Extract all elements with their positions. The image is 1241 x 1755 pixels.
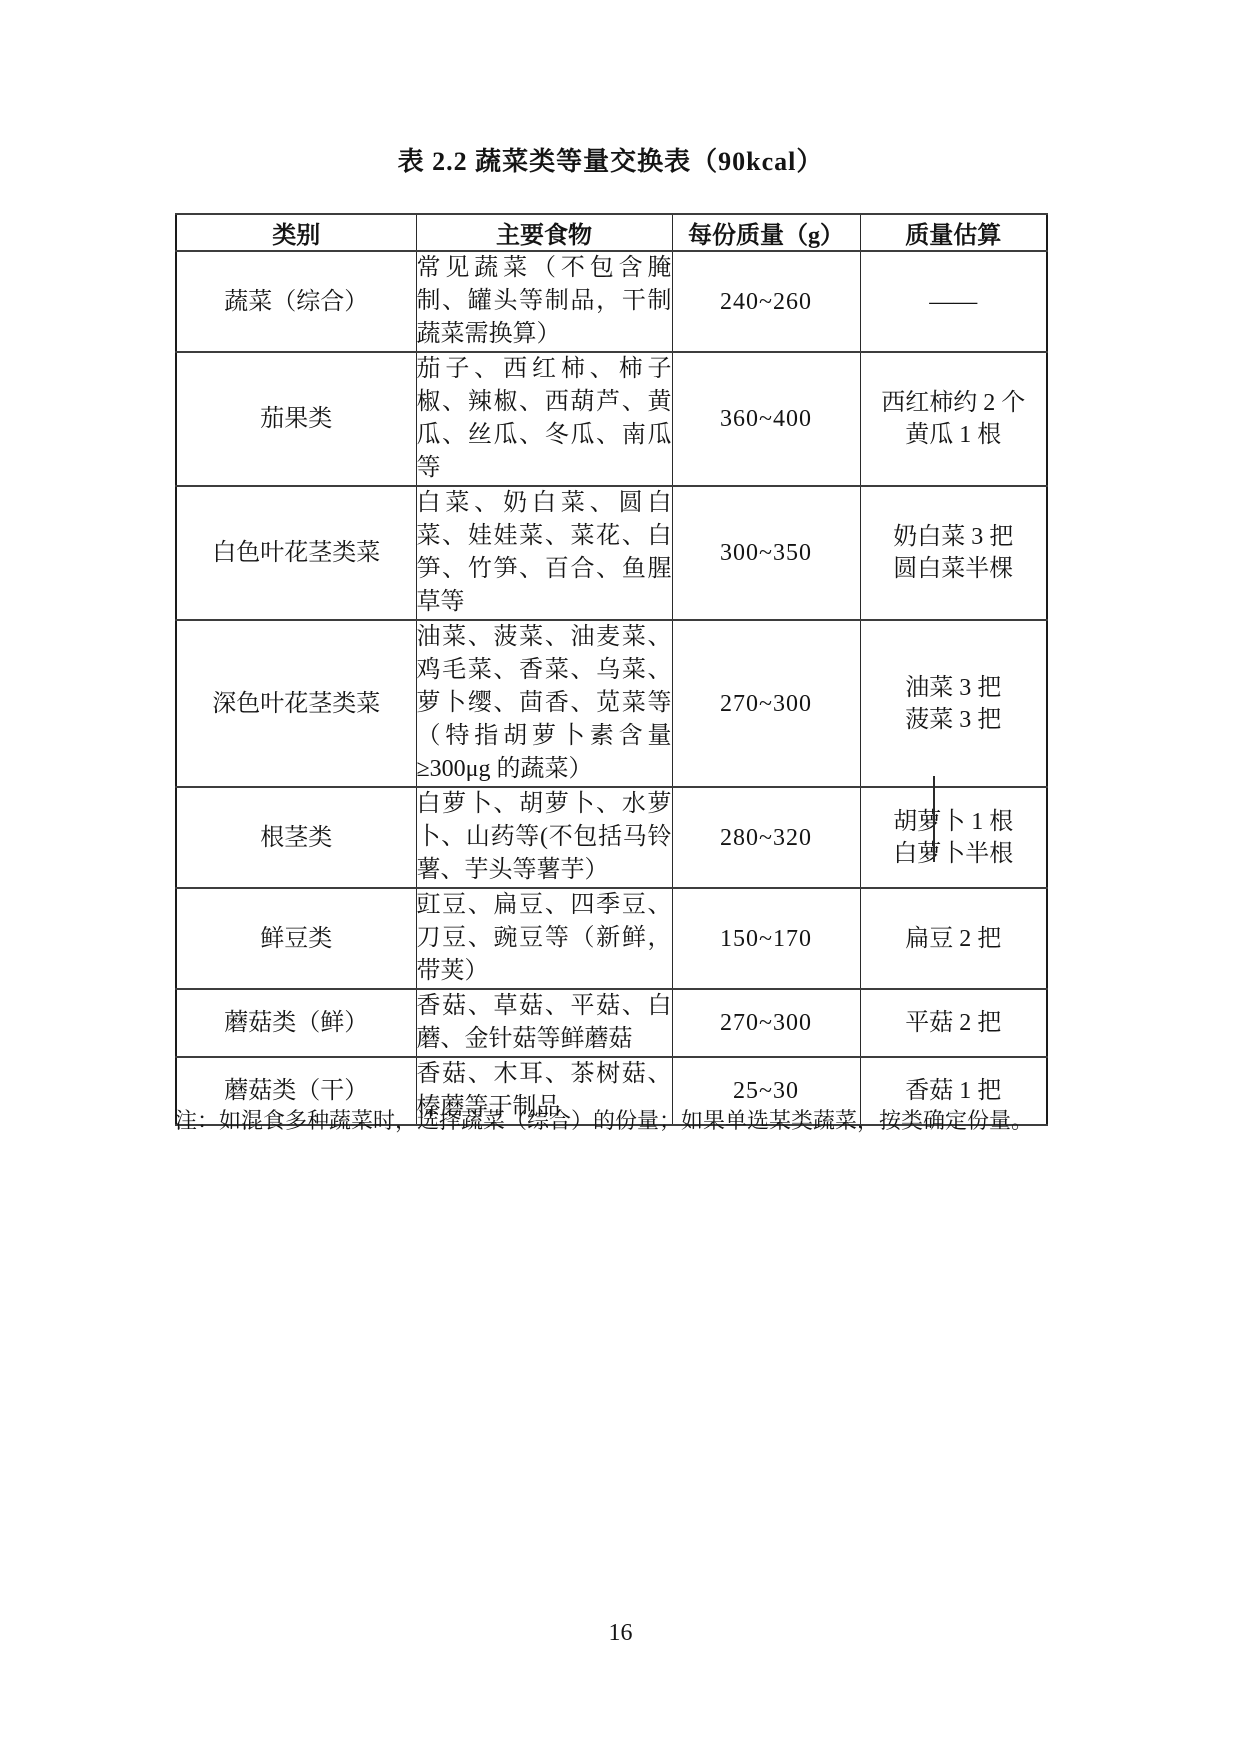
cell-weight: 270~300	[672, 989, 860, 1057]
page-title: 表 2.2 蔬菜类等量交换表（90kcal）	[175, 141, 1046, 178]
cell-foods: 常见蔬菜（不包含腌制、罐头等制品，干制蔬菜需换算）	[416, 251, 672, 352]
cell-estimate: 奶白菜 3 把 圆白菜半棵	[860, 486, 1047, 620]
header-row: 类别 主要食物 每份质量（g） 质量估算	[176, 214, 1047, 251]
cell-estimate: 胡萝卜 1 根 白萝卜半根	[860, 787, 1047, 888]
cell-weight: 300~350	[672, 486, 860, 620]
cell-foods: 白菜、奶白菜、圆白菜、娃娃菜、菜花、白笋、竹笋、百合、鱼腥草等	[416, 486, 672, 620]
table-row: 茄果类 茄子、西红柿、柿子椒、辣椒、西葫芦、黄瓜、丝瓜、冬瓜、南瓜等 360~4…	[176, 352, 1047, 486]
cell-foods: 油菜、菠菜、油麦菜、鸡毛菜、香菜、乌菜、萝卜缨、茴香、苋菜等（特指胡萝卜素含量≥…	[416, 620, 672, 787]
cell-category: 蔬菜（综合）	[176, 251, 416, 352]
table-row: 白色叶花茎类菜 白菜、奶白菜、圆白菜、娃娃菜、菜花、白笋、竹笋、百合、鱼腥草等 …	[176, 486, 1047, 620]
page-number: 16	[0, 1620, 1241, 1647]
cell-estimate: 平菇 2 把	[860, 989, 1047, 1057]
stray-border-line	[933, 776, 935, 862]
cell-estimate: 油菜 3 把 菠菜 3 把	[860, 620, 1047, 787]
cell-category: 深色叶花茎类菜	[176, 620, 416, 787]
cell-foods: 豇豆、扁豆、四季豆、刀豆、豌豆等（新鲜，带荚）	[416, 888, 672, 989]
cell-weight: 360~400	[672, 352, 860, 486]
cell-category: 茄果类	[176, 352, 416, 486]
document-page: 表 2.2 蔬菜类等量交换表（90kcal） 类别 主要食物 每份质量（g） 质…	[0, 0, 1241, 1755]
cell-estimate: 西红柿约 2 个 黄瓜 1 根	[860, 352, 1047, 486]
cell-estimate: 扁豆 2 把	[860, 888, 1047, 989]
cell-category: 蘑菇类（鲜）	[176, 989, 416, 1057]
cell-estimate: ——	[860, 251, 1047, 352]
cell-weight: 240~260	[672, 251, 860, 352]
exchange-table: 类别 主要食物 每份质量（g） 质量估算 蔬菜（综合） 常见蔬菜（不包含腌制、罐…	[175, 213, 1048, 1126]
column-header-estimate: 质量估算	[860, 214, 1047, 251]
table-row: 深色叶花茎类菜 油菜、菠菜、油麦菜、鸡毛菜、香菜、乌菜、萝卜缨、茴香、苋菜等（特…	[176, 620, 1047, 787]
cell-foods: 香菇、草菇、平菇、白蘑、金针菇等鲜蘑菇	[416, 989, 672, 1057]
cell-category: 鲜豆类	[176, 888, 416, 989]
cell-weight: 150~170	[672, 888, 860, 989]
column-header-weight: 每份质量（g）	[672, 214, 860, 251]
table-note: 注：如混食多种蔬菜时，选择蔬菜（综合）的份量；如果单选某类蔬菜，按类确定份量。	[175, 1106, 1055, 1136]
table-row: 蘑菇类（鲜） 香菇、草菇、平菇、白蘑、金针菇等鲜蘑菇 270~300 平菇 2 …	[176, 989, 1047, 1057]
column-header-foods: 主要食物	[416, 214, 672, 251]
cell-category: 根茎类	[176, 787, 416, 888]
cell-foods: 白萝卜、胡萝卜、水萝卜、山药等(不包括马铃薯、芋头等薯芋）	[416, 787, 672, 888]
column-header-category: 类别	[176, 214, 416, 251]
cell-category: 白色叶花茎类菜	[176, 486, 416, 620]
cell-weight: 280~320	[672, 787, 860, 888]
table-row: 根茎类 白萝卜、胡萝卜、水萝卜、山药等(不包括马铃薯、芋头等薯芋） 280~32…	[176, 787, 1047, 888]
table-row: 蔬菜（综合） 常见蔬菜（不包含腌制、罐头等制品，干制蔬菜需换算） 240~260…	[176, 251, 1047, 352]
cell-weight: 270~300	[672, 620, 860, 787]
cell-foods: 茄子、西红柿、柿子椒、辣椒、西葫芦、黄瓜、丝瓜、冬瓜、南瓜等	[416, 352, 672, 486]
table-row: 鲜豆类 豇豆、扁豆、四季豆、刀豆、豌豆等（新鲜，带荚） 150~170 扁豆 2…	[176, 888, 1047, 989]
